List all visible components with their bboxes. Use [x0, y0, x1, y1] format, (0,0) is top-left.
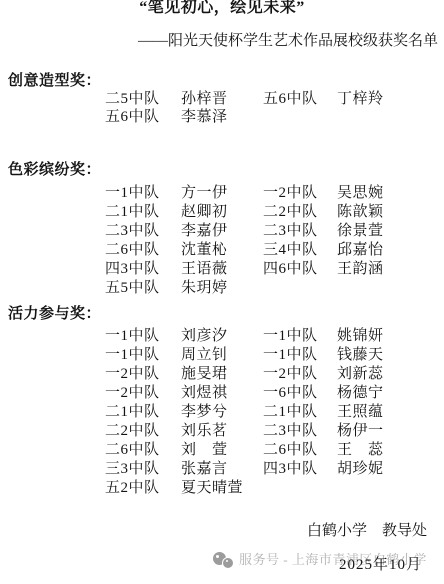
issuer-signature: 白鹤小学 教导处: [307, 522, 427, 540]
team-cell: [263, 108, 337, 126]
student-name-cell: 刘新蕊: [337, 365, 444, 384]
student-name-cell: 王照蕴: [337, 403, 444, 422]
award-row: 二6中队沈董杺三4中队邱嘉怡: [105, 241, 444, 260]
team-cell: [263, 479, 337, 498]
student-name-cell: 朱玥婷: [181, 279, 263, 298]
team-cell: 一2中队: [105, 365, 181, 384]
student-name-cell: 胡珍妮: [337, 460, 444, 479]
award-row: 二6中队刘 萱二6中队王 蕊: [105, 441, 444, 460]
award-rows-creative-modeling: 二5中队孙梓晋五6中队丁梓羚五6中队李慕泽: [105, 90, 444, 126]
award-row: 三3中队张嘉言四3中队胡珍妮: [105, 460, 444, 479]
team-cell: 二1中队: [105, 403, 181, 422]
student-name-cell: 刘 萱: [181, 441, 263, 460]
team-cell: 五5中队: [105, 279, 181, 298]
document-date: 2025年10月: [339, 556, 422, 575]
student-name-cell: 沈董杺: [181, 241, 263, 260]
team-cell: 二2中队: [105, 422, 181, 441]
award-row: 二2中队刘乐茗二3中队杨伊一: [105, 422, 444, 441]
award-row: 五6中队李慕泽: [105, 108, 444, 126]
team-cell: 二1中队: [105, 203, 181, 222]
team-cell: 一1中队: [105, 184, 181, 203]
team-cell: 一2中队: [263, 184, 337, 203]
team-cell: 二6中队: [105, 241, 181, 260]
team-cell: 三4中队: [263, 241, 337, 260]
team-cell: 一2中队: [105, 384, 181, 403]
student-name-cell: 张嘉言: [181, 460, 263, 479]
student-name-cell: 刘乐茗: [181, 422, 263, 441]
team-cell: 三3中队: [105, 460, 181, 479]
section-header-colorful-award: 色彩缤纷奖：: [8, 162, 101, 179]
team-cell: 一1中队: [263, 346, 337, 365]
document-title: “笔见初心，绘见未来”: [0, 0, 444, 17]
award-row: 二3中队李嘉伊二3中队徐景萱: [105, 222, 444, 241]
student-name-cell: 孙梓晋: [181, 90, 263, 108]
team-cell: 一1中队: [263, 327, 337, 346]
student-name-cell: 李嘉伊: [181, 222, 263, 241]
award-row: 一2中队刘煜祺一6中队杨德宁: [105, 384, 444, 403]
team-cell: [263, 279, 337, 298]
document-subtitle: ——阳光天使杯学生艺术作品展校级获奖名单: [138, 32, 438, 50]
student-name-cell: 刘煜祺: [181, 384, 263, 403]
student-name-cell: 陈歆颖: [337, 203, 444, 222]
team-cell: 二3中队: [263, 422, 337, 441]
team-cell: 二2中队: [263, 203, 337, 222]
student-name-cell: 王语薇: [181, 260, 263, 279]
student-name-cell: 夏天晴萱: [181, 479, 263, 498]
team-cell: 四3中队: [105, 260, 181, 279]
student-name-cell: 杨德宁: [337, 384, 444, 403]
student-name-cell: 徐景萱: [337, 222, 444, 241]
section-header-creative-modeling-award: 创意造型奖：: [8, 73, 101, 90]
student-name-cell: 周立钊: [181, 346, 263, 365]
award-row: 一1中队刘彦汐一1中队姚锦妍: [105, 327, 444, 346]
award-rows-colorful: 一1中队方一伊一2中队吴思婉二1中队赵卿初二2中队陈歆颖二3中队李嘉伊二3中队徐…: [105, 184, 444, 298]
team-cell: 四6中队: [263, 260, 337, 279]
team-cell: 一1中队: [105, 346, 181, 365]
student-name-cell: 方一伊: [181, 184, 263, 203]
student-name-cell: 李慕泽: [181, 108, 263, 126]
award-rows-active-participation: 一1中队刘彦汐一1中队姚锦妍一1中队周立钊一1中队钱藤天一2中队施旻珺一2中队刘…: [105, 327, 444, 498]
team-cell: 二5中队: [105, 90, 181, 108]
student-name-cell: [337, 479, 444, 498]
team-cell: 一6中队: [263, 384, 337, 403]
team-cell: 一2中队: [263, 365, 337, 384]
award-row: 四3中队王语薇四6中队王韵涵: [105, 260, 444, 279]
student-name-cell: [337, 108, 444, 126]
student-name-cell: 吴思婉: [337, 184, 444, 203]
student-name-cell: 刘彦汐: [181, 327, 263, 346]
team-cell: 二3中队: [263, 222, 337, 241]
student-name-cell: 王韵涵: [337, 260, 444, 279]
team-cell: 五2中队: [105, 479, 181, 498]
team-cell: 五6中队: [263, 90, 337, 108]
student-name-cell: 邱嘉怡: [337, 241, 444, 260]
award-row: 二1中队赵卿初二2中队陈歆颖: [105, 203, 444, 222]
award-row: 二1中队李梦兮二1中队王照蕴: [105, 403, 444, 422]
award-row: 一1中队周立钊一1中队钱藤天: [105, 346, 444, 365]
team-cell: 二6中队: [105, 441, 181, 460]
award-row: 一1中队方一伊一2中队吴思婉: [105, 184, 444, 203]
student-name-cell: 丁梓羚: [337, 90, 444, 108]
team-cell: 五6中队: [105, 108, 181, 126]
student-name-cell: 钱藤天: [337, 346, 444, 365]
award-row: 二5中队孙梓晋五6中队丁梓羚: [105, 90, 444, 108]
student-name-cell: 李梦兮: [181, 403, 263, 422]
section-header-active-participation-award: 活力参与奖：: [8, 306, 101, 323]
award-row: 一2中队施旻珺一2中队刘新蕊: [105, 365, 444, 384]
wechat-bubbles-icon: [213, 552, 234, 568]
team-cell: 一1中队: [105, 327, 181, 346]
award-notice-document: “笔见初心，绘见未来” ——阳光天使杯学生艺术作品展校级获奖名单 创意造型奖： …: [0, 0, 444, 584]
award-row: 五2中队夏天晴萱: [105, 479, 444, 498]
student-name-cell: 杨伊一: [337, 422, 444, 441]
student-name-cell: 王 蕊: [337, 441, 444, 460]
award-row: 五5中队朱玥婷: [105, 279, 444, 298]
team-cell: 二3中队: [105, 222, 181, 241]
student-name-cell: [337, 279, 444, 298]
team-cell: 二1中队: [263, 403, 337, 422]
student-name-cell: 姚锦妍: [337, 327, 444, 346]
team-cell: 二6中队: [263, 441, 337, 460]
team-cell: 四3中队: [263, 460, 337, 479]
student-name-cell: 赵卿初: [181, 203, 263, 222]
student-name-cell: 施旻珺: [181, 365, 263, 384]
